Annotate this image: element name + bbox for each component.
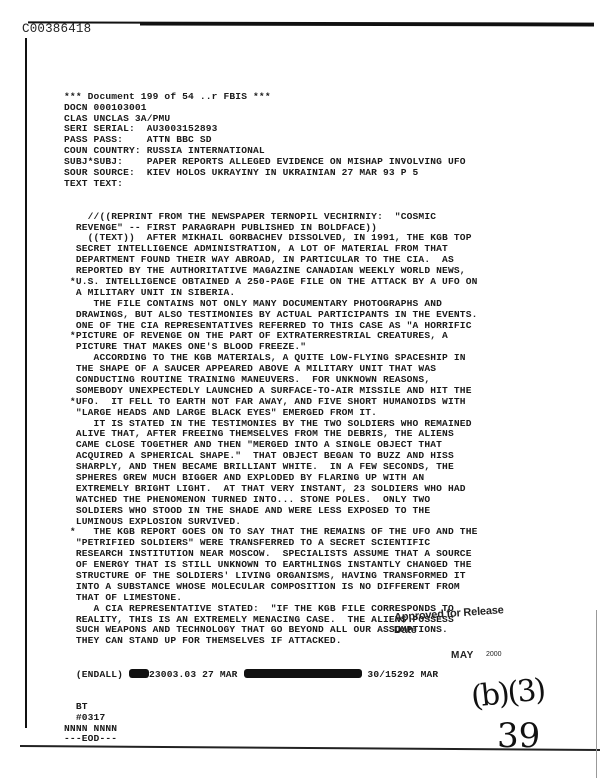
header-line: TEXT TEXT: [64, 179, 478, 190]
endall-date: 23003.03 27 MAR [149, 669, 244, 680]
footer-line: #0317 [64, 713, 478, 724]
left-border-rule [25, 38, 27, 728]
right-border-rule [596, 610, 597, 778]
body-line: DRAWINGS, BUT ALSO TESTIMONIES BY ACTUAL… [64, 310, 478, 321]
document-header: *** Document 199 of 54 ..r FBIS ***DOCN … [64, 92, 478, 190]
body-line: SOLDIERS WHO STOOD IN THE SHADE AND WERE… [64, 506, 478, 517]
release-date-label: Date [394, 624, 417, 636]
footer-line: NNNN NNNN [64, 724, 478, 735]
header-line: DOCN 000103001 [64, 103, 478, 114]
footer-line: BT [64, 702, 478, 713]
header-line: SOUR SOURCE: KIEV HOLOS UKRAYINY IN UKRA… [64, 168, 478, 179]
handwritten-page-number: 39 [497, 716, 540, 756]
body-line: THEY CAN STAND UP FOR THEMSELVES IF ATTA… [64, 636, 478, 647]
top-border-rule-thick [140, 23, 594, 27]
release-year: 2000 [486, 651, 502, 658]
redaction-block [244, 669, 362, 678]
document-footer: BT #0317NNNN NNNN---EOD--- [64, 702, 478, 746]
footer-line: ---EOD--- [64, 734, 478, 745]
handwritten-exemption: (b)(3) [469, 672, 545, 714]
document-body: //((REPRINT FROM THE NEWSPAPER TERNOPIL … [64, 212, 478, 648]
endall-line: (ENDALL) 23003.03 27 MAR 30/15292 MAR [64, 669, 478, 680]
body-line: //((REPRINT FROM THE NEWSPAPER TERNOPIL … [64, 212, 478, 223]
fbis-document: *** Document 199 of 54 ..r FBIS ***DOCN … [64, 70, 478, 756]
endall-label: (ENDALL) [64, 669, 129, 680]
release-month: MAY [451, 650, 474, 661]
endall-tail: 30/15292 MAR [362, 669, 439, 680]
body-line: "LARGE HEADS AND LARGE BLACK EYES" EMERG… [64, 408, 478, 419]
redaction-block [129, 669, 149, 678]
document-control-number: C00386418 [22, 22, 91, 36]
